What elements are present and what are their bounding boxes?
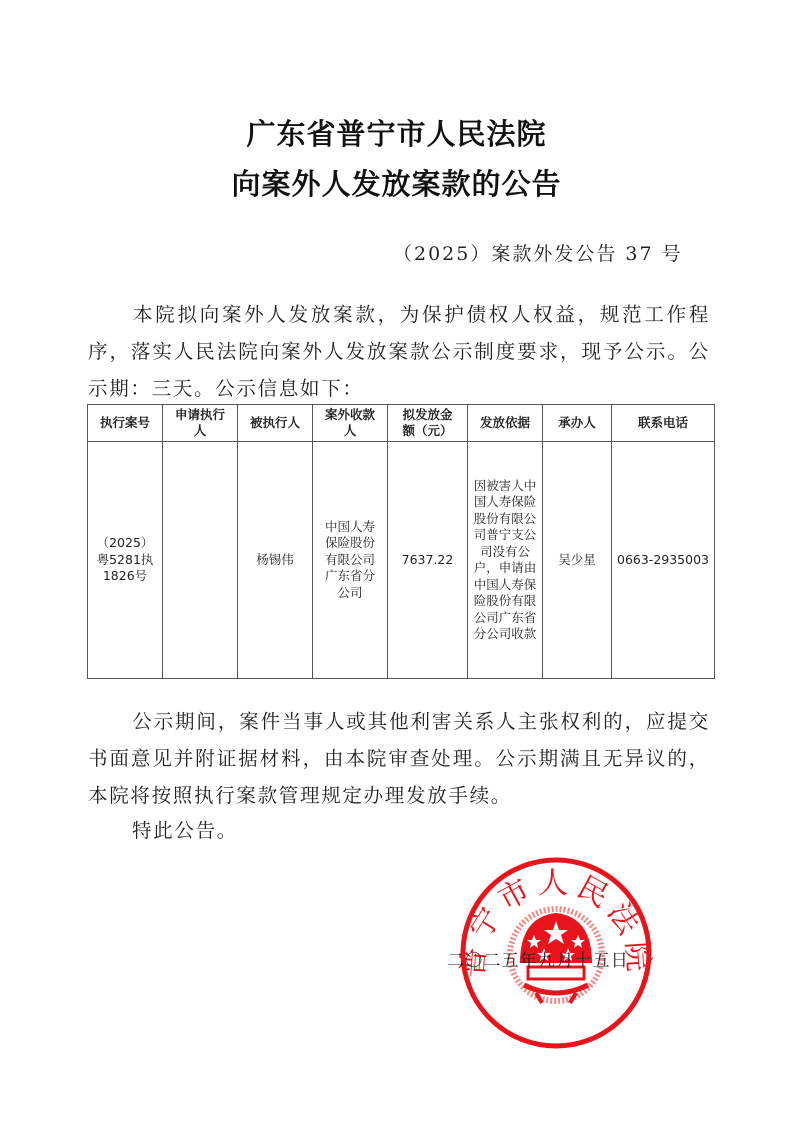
header-applicant: 申请执行人 (163, 405, 238, 442)
cell-phone: 0663-2935003 (612, 442, 715, 679)
notice-text: 公示期间，案件当事人或其他利害关系人主张权利的，应提交书面意见并附证据材料，由本… (88, 710, 710, 807)
header-payee: 案外收款人 (313, 405, 388, 442)
closing-paragraph: 特此公告。 (88, 812, 710, 849)
cell-case-number: （2025）粤5281执1826号 (88, 442, 163, 679)
disbursement-table: 执行案号 申请执行人 被执行人 案外收款人 拟发放金额（元） 发放依据 承办人 … (87, 404, 715, 679)
cell-handler: 吴少星 (543, 442, 612, 679)
cell-respondent: 杨锡伟 (238, 442, 313, 679)
table-row: （2025）粤5281执1826号 杨锡伟 中国人寿保险股份有限公司广东省分公司… (88, 442, 715, 679)
intro-paragraph: 本院拟向案外人发放案款，为保护债权人权益，规范工作程序，落实人民法院向案外人发放… (88, 296, 710, 407)
issue-date: 二〇二五年九月十五日 (447, 946, 629, 971)
table-header-row: 执行案号 申请执行人 被执行人 案外收款人 拟发放金额（元） 发放依据 承办人 … (88, 405, 715, 442)
cell-amount: 7637.22 (388, 442, 468, 679)
document-page: 广东省普宁市人民法院 向案外人发放案款的公告 （2025）案款外发公告 37 号… (0, 0, 793, 1122)
header-respondent: 被执行人 (238, 405, 313, 442)
cell-basis: 因被害人中国人寿保险股份有限公司普宁支公司没有公户，申请由中国人寿保险股份有限公… (468, 442, 543, 679)
header-amount: 拟发放金额（元） (388, 405, 468, 442)
cell-applicant (163, 442, 238, 679)
cell-payee: 中国人寿保险股份有限公司广东省分公司 (313, 442, 388, 679)
header-handler: 承办人 (543, 405, 612, 442)
court-name-title: 广东省普宁市人民法院 (0, 112, 793, 153)
intro-text: 本院拟向案外人发放案款，为保护债权人权益，规范工作程序，落实人民法院向案外人发放… (88, 303, 710, 400)
header-case-number: 执行案号 (88, 405, 163, 442)
document-number: （2025）案款外发公告 37 号 (393, 239, 683, 266)
header-basis: 发放依据 (468, 405, 543, 442)
header-phone: 联系电话 (612, 405, 715, 442)
closing-text: 特此公告。 (132, 819, 238, 842)
notice-paragraph: 公示期间，案件当事人或其他利害关系人主张权利的，应提交书面意见并附证据材料，由本… (88, 703, 710, 814)
notice-title: 向案外人发放案款的公告 (0, 162, 793, 203)
